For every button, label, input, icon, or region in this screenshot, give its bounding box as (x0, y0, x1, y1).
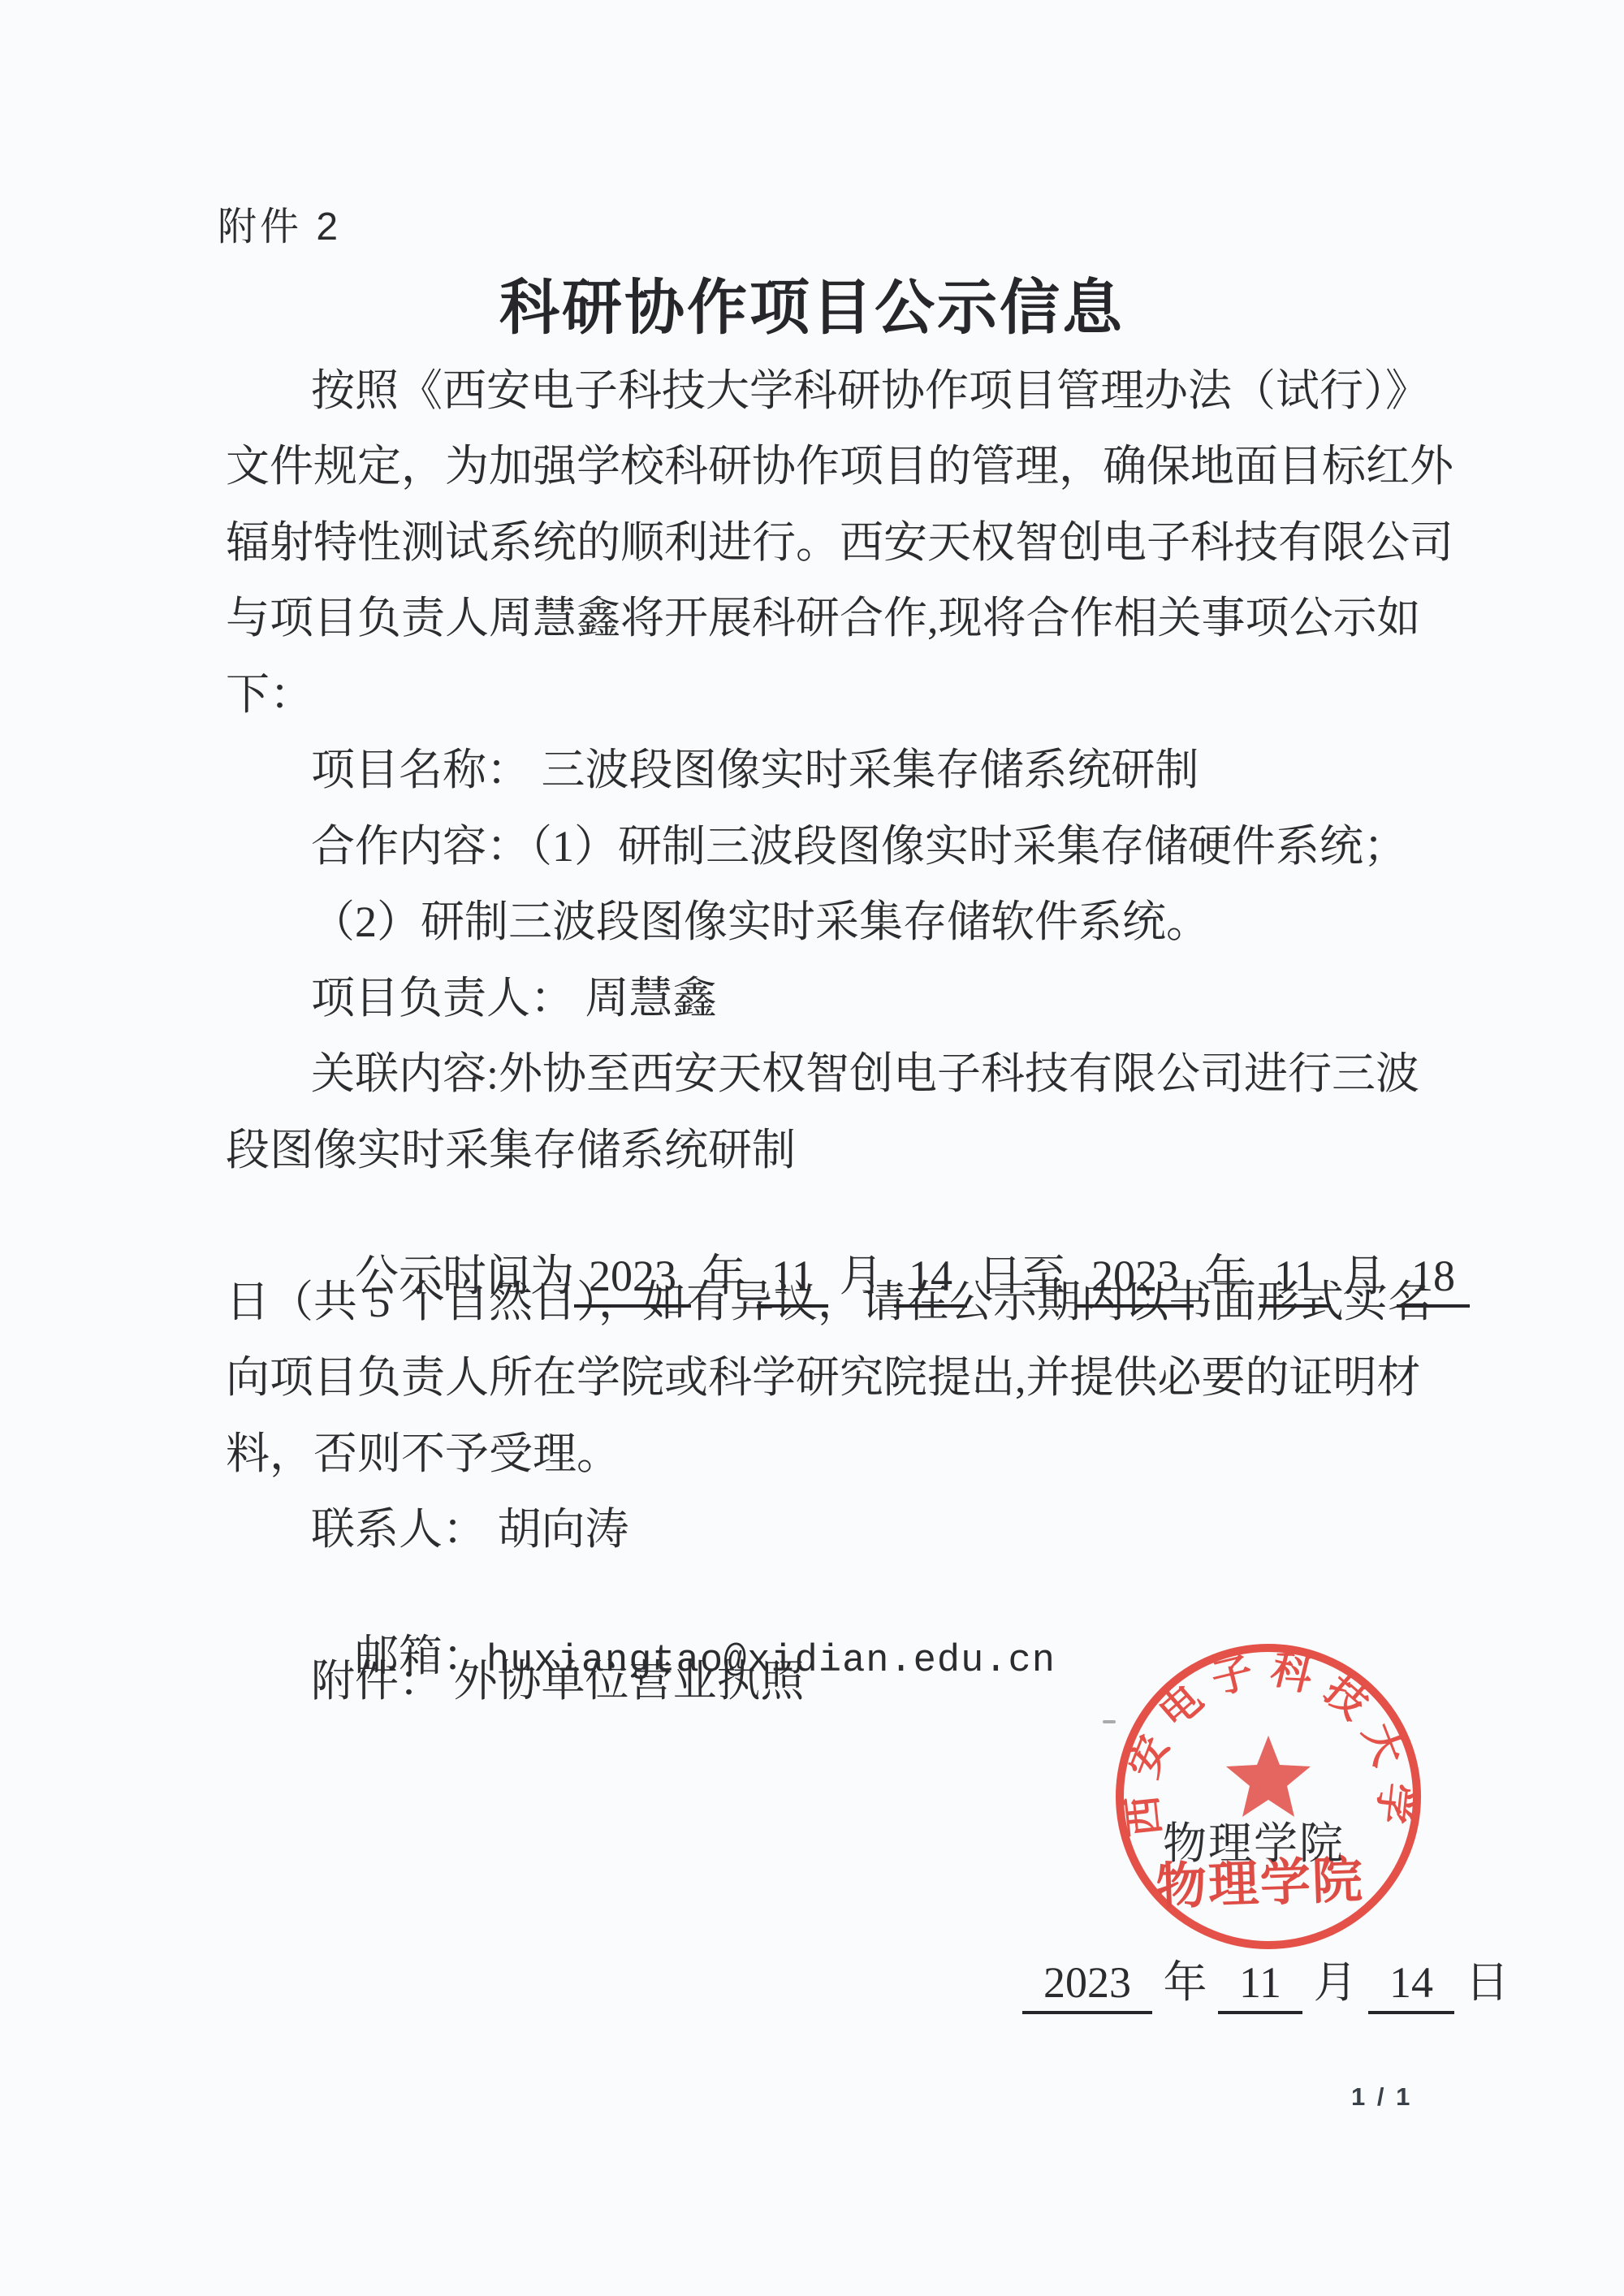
contact-line: 联系人： 胡向涛 (311, 1504, 629, 1554)
body-line: 辐射特性测试系统的顺利进行。西安天权智创电子科技有限公司 (226, 517, 1453, 568)
page-number: 1 / 1 (1351, 2082, 1412, 2112)
month-label: 月 (1302, 1958, 1368, 2007)
body-line: 日（共 5 个自然日），如有异议，请在公示期内以书面形式实名 (226, 1277, 1432, 1327)
body-line: 按照《西安电子科技大学科研协作项目管理办法（试行）》 (311, 365, 1429, 416)
body-line: 文件规定，为加强学校科研协作项目的管理，确保地面目标红外 (226, 441, 1453, 491)
date-year: 2023 (1022, 1961, 1152, 2014)
date-day: 14 (1368, 1961, 1454, 2014)
signature-date-line: 2023 年 11 月 14 日 (978, 1897, 1510, 2065)
cooperation-line-2: （2）研制三波段图像实时采集存储软件系统。 (311, 897, 1210, 947)
project-name-line: 项目名称： 三波段图像实时采集存储系统研制 (311, 745, 1199, 795)
page-title: 科研协作项目公示信息 (0, 260, 1624, 346)
project-leader-line: 项目负责人： 周慧鑫 (311, 973, 717, 1023)
attachment-line: 附件： 外协单位营业执照 (311, 1656, 805, 1706)
date-month: 11 (1218, 1961, 1302, 2014)
department-signature-text: 物理学院 (1163, 1809, 1345, 1871)
star-icon (1226, 1736, 1311, 1817)
body-line: 料，否则不予受理。 (226, 1429, 620, 1479)
cooperation-line-1: 合作内容：（1）研制三波段图像实时采集存储硬件系统； (311, 821, 1407, 871)
related-content-line-2: 段图像实时采集存储系统研制 (226, 1125, 796, 1175)
year-label: 年 (1152, 1958, 1218, 2007)
day-label: 日 (1454, 1958, 1510, 2007)
related-content-line: 关联内容:外协至西安天权智创电子科技有限公司进行三波 (311, 1049, 1419, 1099)
body-line: 向项目负责人所在学院或科学研究院提出,并提供必要的证明材 (226, 1352, 1421, 1403)
attachment-label: 附件 2 (218, 195, 341, 251)
body-line: 下： (226, 669, 313, 720)
document-page: 附件 2 科研协作项目公示信息 按照《西安电子科技大学科研协作项目管理办法（试行… (0, 0, 1624, 2296)
body-line: 与项目负责人周慧鑫将开展科研合作,现将合作相关事项公示如 (226, 593, 1421, 643)
